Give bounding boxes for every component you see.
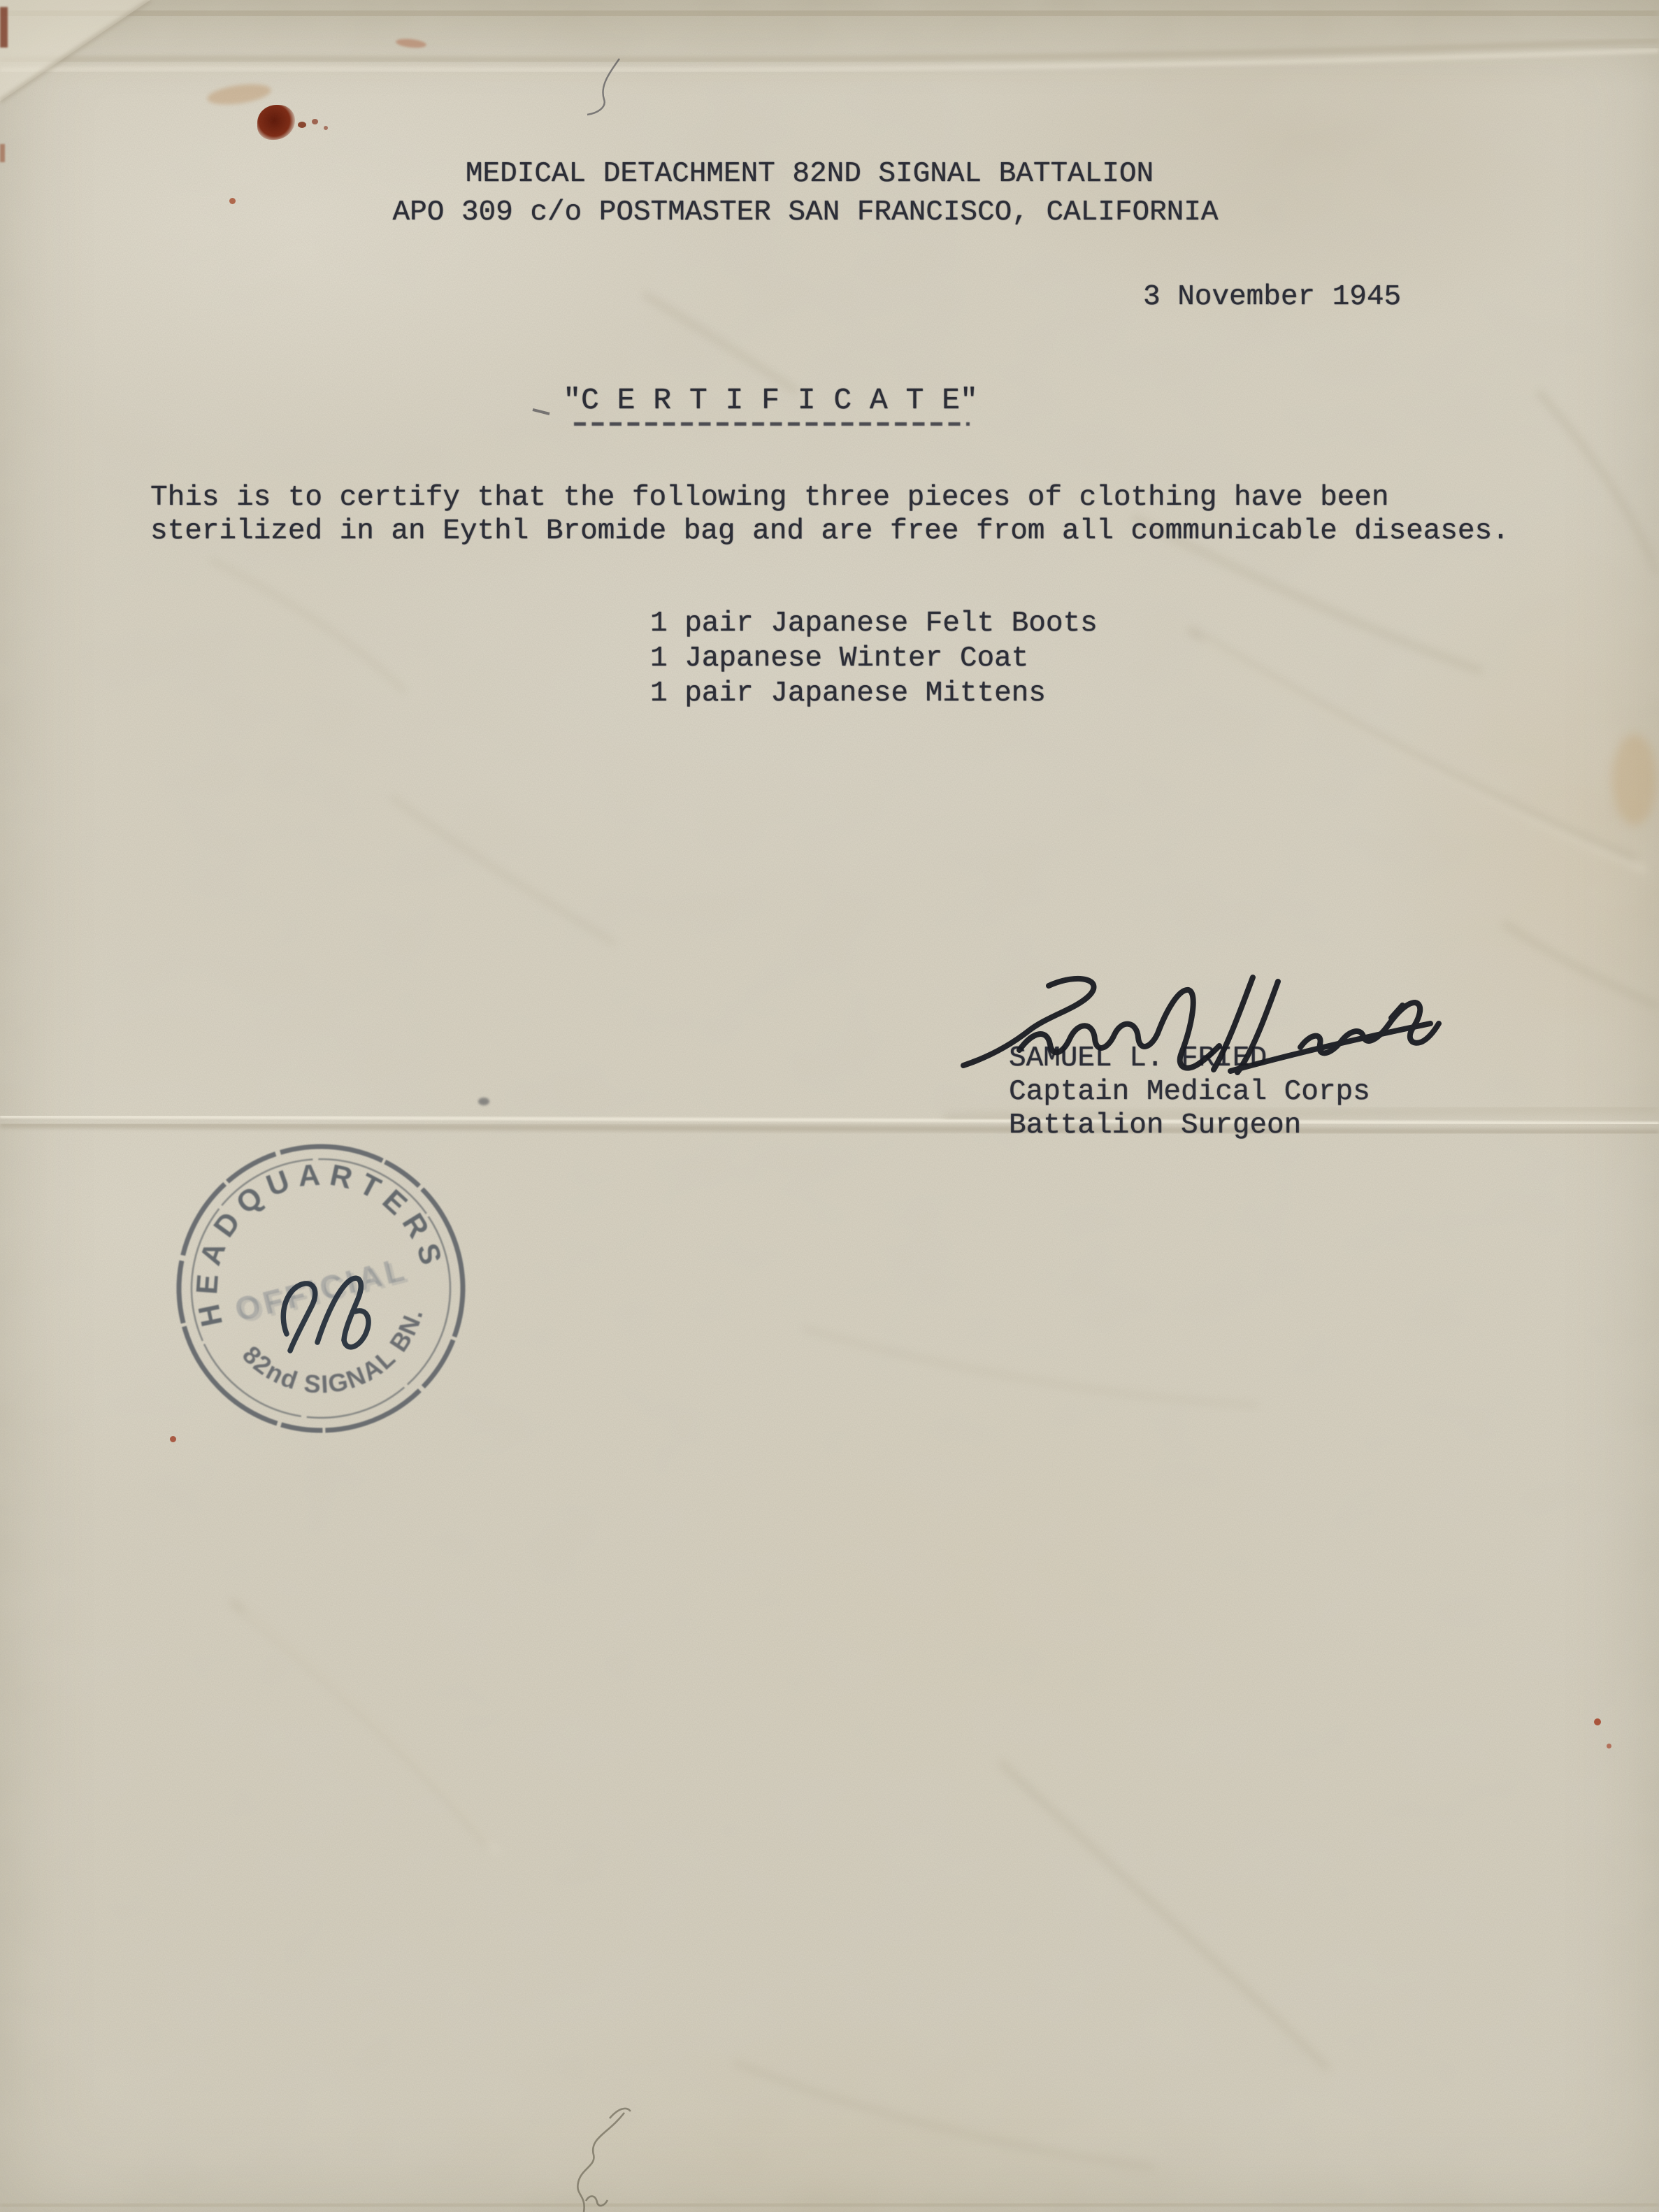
body-line2: sterilized in an Eythl Bromide bag and a… [150,515,1509,548]
scan-grain-overlay [0,0,1659,2212]
signer-name: SAMUEL L. FRIED [1009,1042,1267,1075]
letterhead-line1: MEDICAL DETACHMENT 82ND SIGNAL BATTALION [466,157,1154,191]
certificate-title: "C E R T I F I C A T E" [563,384,978,417]
stamp-center-text: OFFICIAL [231,1250,411,1328]
stamp-outer-ring [157,1124,485,1453]
stamp-center-text-echo: OFFICIAL [235,1252,415,1330]
stamp-arc-bottom-text: 82nd SIGNAL BN. [234,1298,443,1419]
red-dot-small [229,198,236,204]
red-stain-dot [298,122,306,128]
item-line-boots: 1 pair Japanese Felt Boots [650,607,1098,640]
letterhead-line2: APO 309 c/o POSTMASTER SAN FRANCISCO, CA… [393,196,1219,229]
scanned-certificate-document: MEDICAL DETACHMENT 82ND SIGNAL BATTALION… [0,0,1659,2212]
svg-text:82nd SIGNAL BN.: 82nd SIGNAL BN. [234,1298,443,1419]
small-dash-mark [533,410,550,414]
stamp-initials [283,1278,368,1351]
body-line1: This is to certify that the following th… [150,481,1389,515]
right-warm-patch [1612,734,1657,825]
stamp-arc-top-text: HEADQUARTERS [163,1130,450,1330]
ink-smudge-mid [478,1098,489,1105]
rubber-stamp: HEADQUARTERS 82nd SIGNAL BN. OFFICIAL OF… [157,1124,485,1453]
left-edge-red-mark [0,7,8,48]
red-dot-right [1607,1744,1611,1748]
stamp-inner-ring [164,1132,478,1446]
date-line: 3 November 1945 [1143,280,1401,314]
tan-smudge [206,81,273,108]
item-line-coat: 1 Japanese Winter Coat [650,642,1028,675]
red-stain-large [257,105,295,140]
svg-text:HEADQUARTERS: HEADQUARTERS [163,1130,450,1330]
red-streak-top [395,38,426,50]
pen-scratch-mark [587,59,619,115]
left-edge-red-mark [0,144,5,162]
pencil-scribble [577,2109,631,2212]
red-stain-dot [312,119,318,124]
paper-texture [0,0,1659,2212]
red-dot-right [1594,1718,1601,1725]
red-stain-dot [324,126,328,130]
signer-title: Battalion Surgeon [1009,1109,1301,1142]
signer-rank: Captain Medical Corps [1009,1075,1370,1109]
certificate-title-underline [574,422,970,426]
creases-and-wrinkles [0,0,1659,2212]
red-dot-near-stamp [170,1436,176,1442]
item-line-mittens: 1 pair Japanese Mittens [650,677,1046,710]
